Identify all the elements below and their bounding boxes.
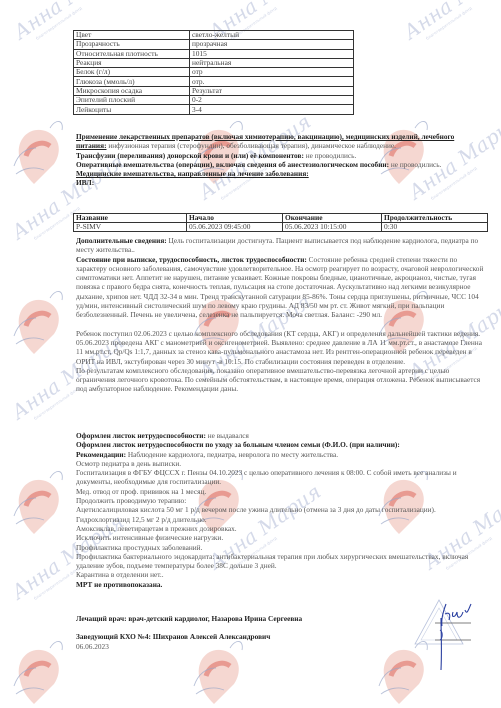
- history-paragraph-2: По результатам комплексного обследования…: [76, 366, 486, 394]
- sick-leave-label: Оформлен листок нетрудоспособности:: [76, 431, 206, 440]
- drugs-paragraph: Применение лекарственных препаратов (вкл…: [76, 132, 486, 151]
- treatment-section: Применение лекарственных препаратов (вкл…: [76, 132, 486, 188]
- list-item: Карантина в отделении нет..: [76, 570, 486, 579]
- table-row: Белок (г/л)отр: [74, 68, 354, 77]
- urinalysis-table: Цветсветло-желтый Прозрачностьпрозрачная…: [73, 30, 354, 115]
- transfusion-text: не проводились.: [304, 151, 356, 160]
- transfusion-paragraph: Трансфузии (переливания) донорской крови…: [76, 151, 486, 160]
- state-text: Состояние ребенка средней степени тяжест…: [76, 255, 483, 320]
- list-item: Исключить интенсивные физические нагрузк…: [76, 533, 486, 542]
- drugs-text: инфузионная терапия (стерофундин), обезб…: [107, 141, 396, 150]
- surgery-label: Оперативные вмешательства (операции), вк…: [76, 160, 389, 169]
- signature-stamp-icon: Наз: [411, 592, 491, 682]
- table-row: Лейкоциты3-4: [74, 105, 354, 114]
- surgery-text: не проводились.: [389, 160, 441, 169]
- table-row: Относительная плотность1015: [74, 49, 354, 58]
- table-row: Эпителий плоский0-2: [74, 96, 354, 105]
- sick-leave-paragraph: Оформлен листок нетрудоспособности: не в…: [76, 431, 486, 440]
- list-item: Гидрохлортиазид 12,5 мг 2 р/д длительно.: [76, 515, 486, 524]
- list-item: Ацетилсалициловая кислота 50 мг 1 р/д ве…: [76, 505, 486, 514]
- recommendations-label: Рекомендации:: [76, 450, 126, 459]
- sick-leave-text: не выдавался: [206, 431, 249, 440]
- table-row: Реакциянейтральная: [74, 58, 354, 67]
- table-row: P-SIMV 05.06.2023 09:45:00 05.06.2023 10…: [74, 223, 488, 232]
- column-header: Продолжительность: [382, 214, 488, 223]
- table-row: Микроскопия осадкаРезультат: [74, 86, 354, 95]
- transfusion-label: Трансфузии (переливания) донорской крови…: [76, 151, 304, 160]
- recommendations-paragraph: Рекомендации: Наблюдение кардиолога, пед…: [76, 450, 486, 459]
- discharge-section: Дополнительные сведения: Цель госпитализ…: [76, 236, 486, 394]
- table-row: Глюкоза (ммоль/л)отр.: [74, 77, 354, 86]
- list-item: Продолжить проводимую терапию:: [76, 496, 486, 505]
- extra-info-paragraph: Дополнительные сведения: Цель госпитализ…: [76, 236, 486, 255]
- document-page: Анна Мария благотворительный фонд: [0, 0, 501, 708]
- history-paragraph-1: Ребенок поступил 02.06.2023 с целью комп…: [76, 329, 486, 366]
- table-row: Цветсветло-желтый: [74, 31, 354, 40]
- list-item: Осмотр педиатра в день выписки.: [76, 459, 486, 468]
- recommendations-first: Наблюдение кардиолога, педиатра, невроло…: [126, 450, 338, 459]
- table-header-row: Название Начало Окончание Продолжительно…: [74, 214, 488, 223]
- interventions-label: Медицинские вмешательства, направленные …: [76, 169, 486, 178]
- state-paragraph: Состояние при выписке, трудоспособность,…: [76, 255, 486, 320]
- ivl-table: Название Начало Окончание Продолжительно…: [73, 213, 488, 232]
- recommendations-section: Оформлен листок нетрудоспособности: не в…: [76, 431, 486, 589]
- care-leave-label: Оформлен листок нетрудоспособности по ух…: [76, 440, 486, 449]
- state-label: Состояние при выписке, трудоспособность,…: [76, 255, 307, 264]
- surgery-paragraph: Оперативные вмешательства (операции), вк…: [76, 160, 486, 169]
- mri-note: МРТ не противопоказана.: [76, 580, 486, 589]
- extra-info-label: Дополнительные сведения:: [76, 236, 167, 245]
- list-item: Профилактика бактериального эндокардита:…: [76, 552, 486, 571]
- table-row: Прозрачностьпрозрачная: [74, 40, 354, 49]
- list-item: Мед. отвод от проф. прививок на 1 месяц.: [76, 487, 486, 496]
- list-item: Амоксиклав, леветирацетам в прежних дози…: [76, 524, 486, 533]
- list-item: Профилактика простудных заболеваний.: [76, 543, 486, 552]
- list-item: Госпитализация в ФГБУ ФЦССХ г. Пензы 04.…: [76, 468, 486, 487]
- ivl-label: ИВЛ:: [76, 178, 486, 187]
